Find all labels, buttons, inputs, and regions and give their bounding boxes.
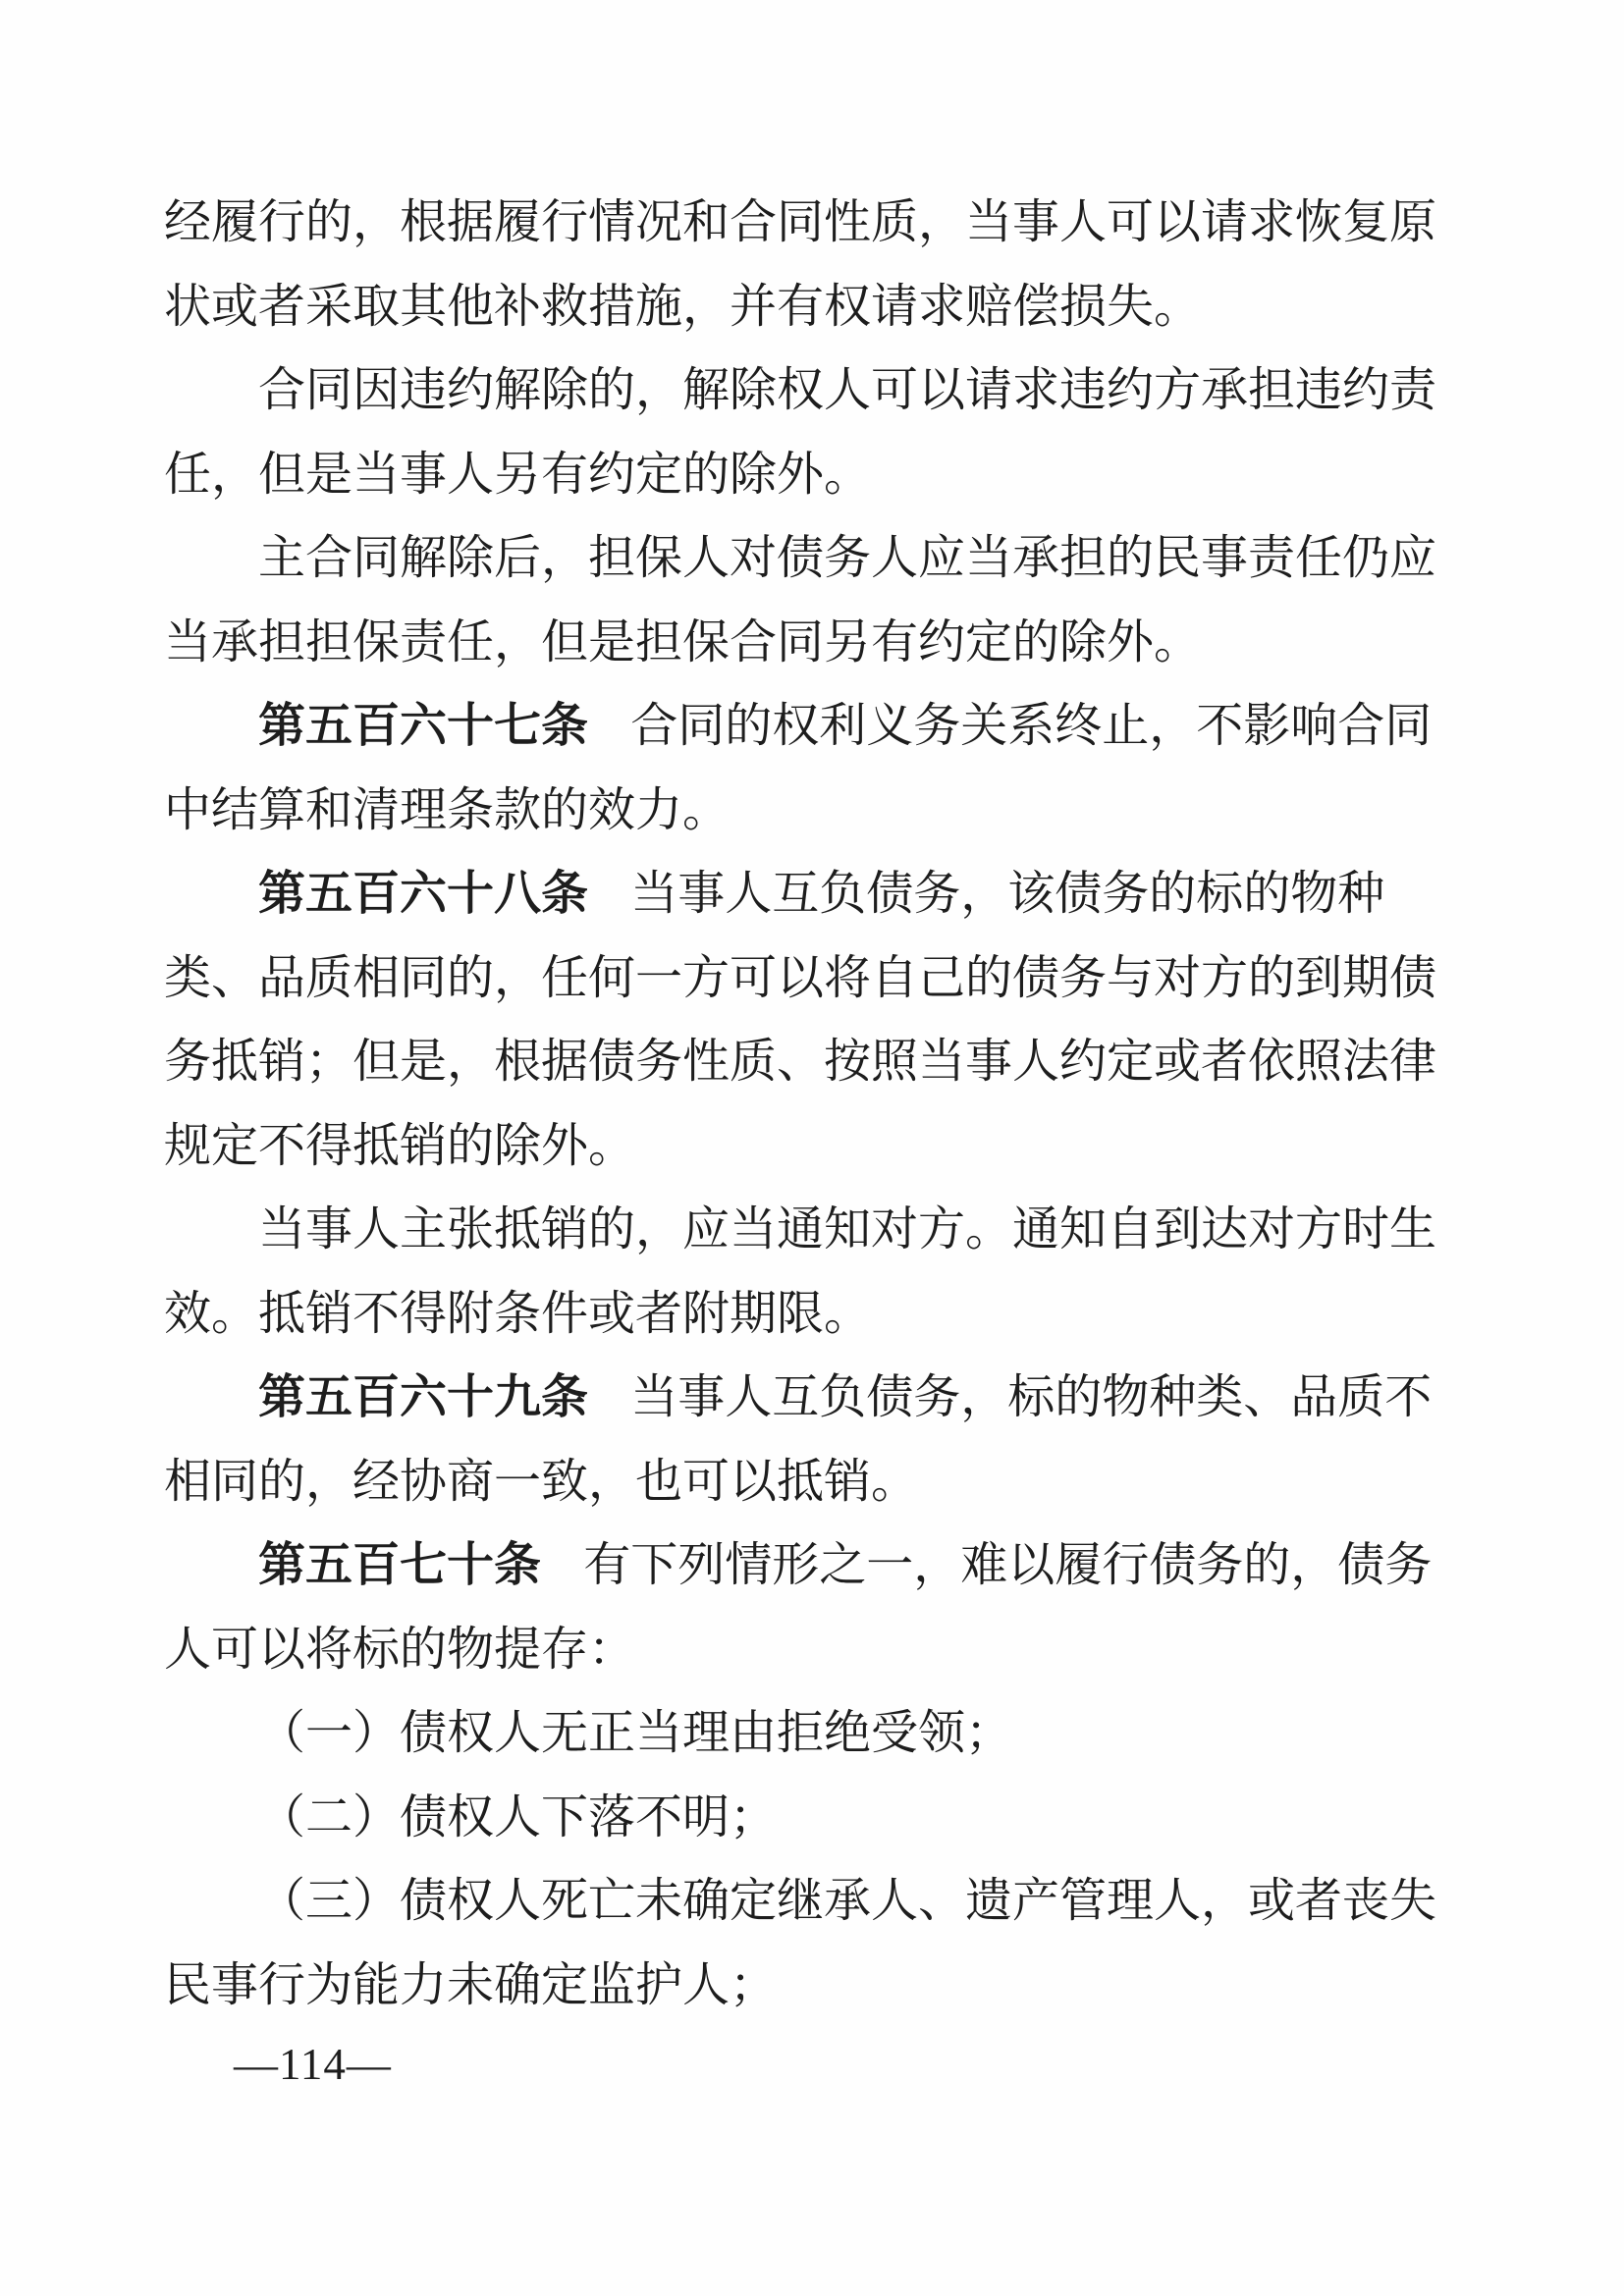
paragraph: 主合同解除后，担保人对债务人应当承担的民事责任仍应当承担担保责任，但是担保合同另… — [164, 516, 1470, 684]
list-item-2: （二）债权人下落不明； — [164, 1776, 1470, 1860]
article-number-570: 第五百七十条 — [258, 1539, 541, 1591]
paragraph-text: 当事人主张抵销的，应当通知对方。通知自到达对方时生效。抵销不得附条件或者附期限。 — [164, 1203, 1436, 1340]
paragraph: 合同因违约解除的，解除权人可以请求违约方承担违约责任，但是当事人另有约定的除外。 — [164, 348, 1470, 516]
paragraph-text: 经履行的，根据履行情况和合同性质，当事人可以请求恢复原状或者采取其他补救措施，并… — [164, 196, 1436, 333]
list-item-3: （三）债权人死亡未确定继承人、遗产管理人，或者丧失民事行为能力未确定监护人； — [164, 1859, 1470, 2027]
paragraph-article-570: 第五百七十条有下列情形之一，难以履行债务的，债务人可以将标的物提存： — [164, 1523, 1470, 1691]
paragraph-text: 合同因违约解除的，解除权人可以请求违约方承担违约责任，但是当事人另有约定的除外。 — [164, 364, 1436, 501]
paragraph-text: （一）债权人无正当理由拒绝受领； — [258, 1707, 1012, 1759]
paragraph-article-568: 第五百六十八条当事人互负债务，该债务的标的物种类、品质相同的，任何一方可以将自己… — [164, 852, 1470, 1188]
article-number-568: 第五百六十八条 — [258, 868, 588, 920]
list-item-1: （一）债权人无正当理由拒绝受领； — [164, 1691, 1470, 1776]
document-page: 经履行的，根据履行情况和合同性质，当事人可以请求恢复原状或者采取其他补救措施，并… — [0, 0, 1624, 2296]
paragraph-text: （三）债权人死亡未确定继承人、遗产管理人，或者丧失民事行为能力未确定监护人； — [164, 1875, 1436, 2011]
article-number-567: 第五百六十七条 — [258, 700, 588, 752]
paragraph-text: 主合同解除后，担保人对债务人应当承担的民事责任仍应当承担担保责任，但是担保合同另… — [164, 532, 1436, 668]
paragraph-article-569: 第五百六十九条当事人互负债务，标的物种类、品质不相同的，经协商一致，也可以抵销。 — [164, 1356, 1470, 1523]
page-number: —114— — [234, 2040, 392, 2089]
paragraph-text: （二）债权人下落不明； — [258, 1791, 777, 1843]
document-body: 经履行的，根据履行情况和合同性质，当事人可以请求恢复原状或者采取其他补救措施，并… — [164, 181, 1470, 2027]
paragraph-article-567: 第五百六十七条合同的权利义务关系终止，不影响合同中结算和清理条款的效力。 — [164, 684, 1470, 852]
article-number-569: 第五百六十九条 — [258, 1371, 588, 1423]
paragraph: 当事人主张抵销的，应当通知对方。通知自到达对方时生效。抵销不得附条件或者附期限。 — [164, 1188, 1470, 1356]
paragraph-continuation: 经履行的，根据履行情况和合同性质，当事人可以请求恢复原状或者采取其他补救措施，并… — [164, 181, 1470, 348]
